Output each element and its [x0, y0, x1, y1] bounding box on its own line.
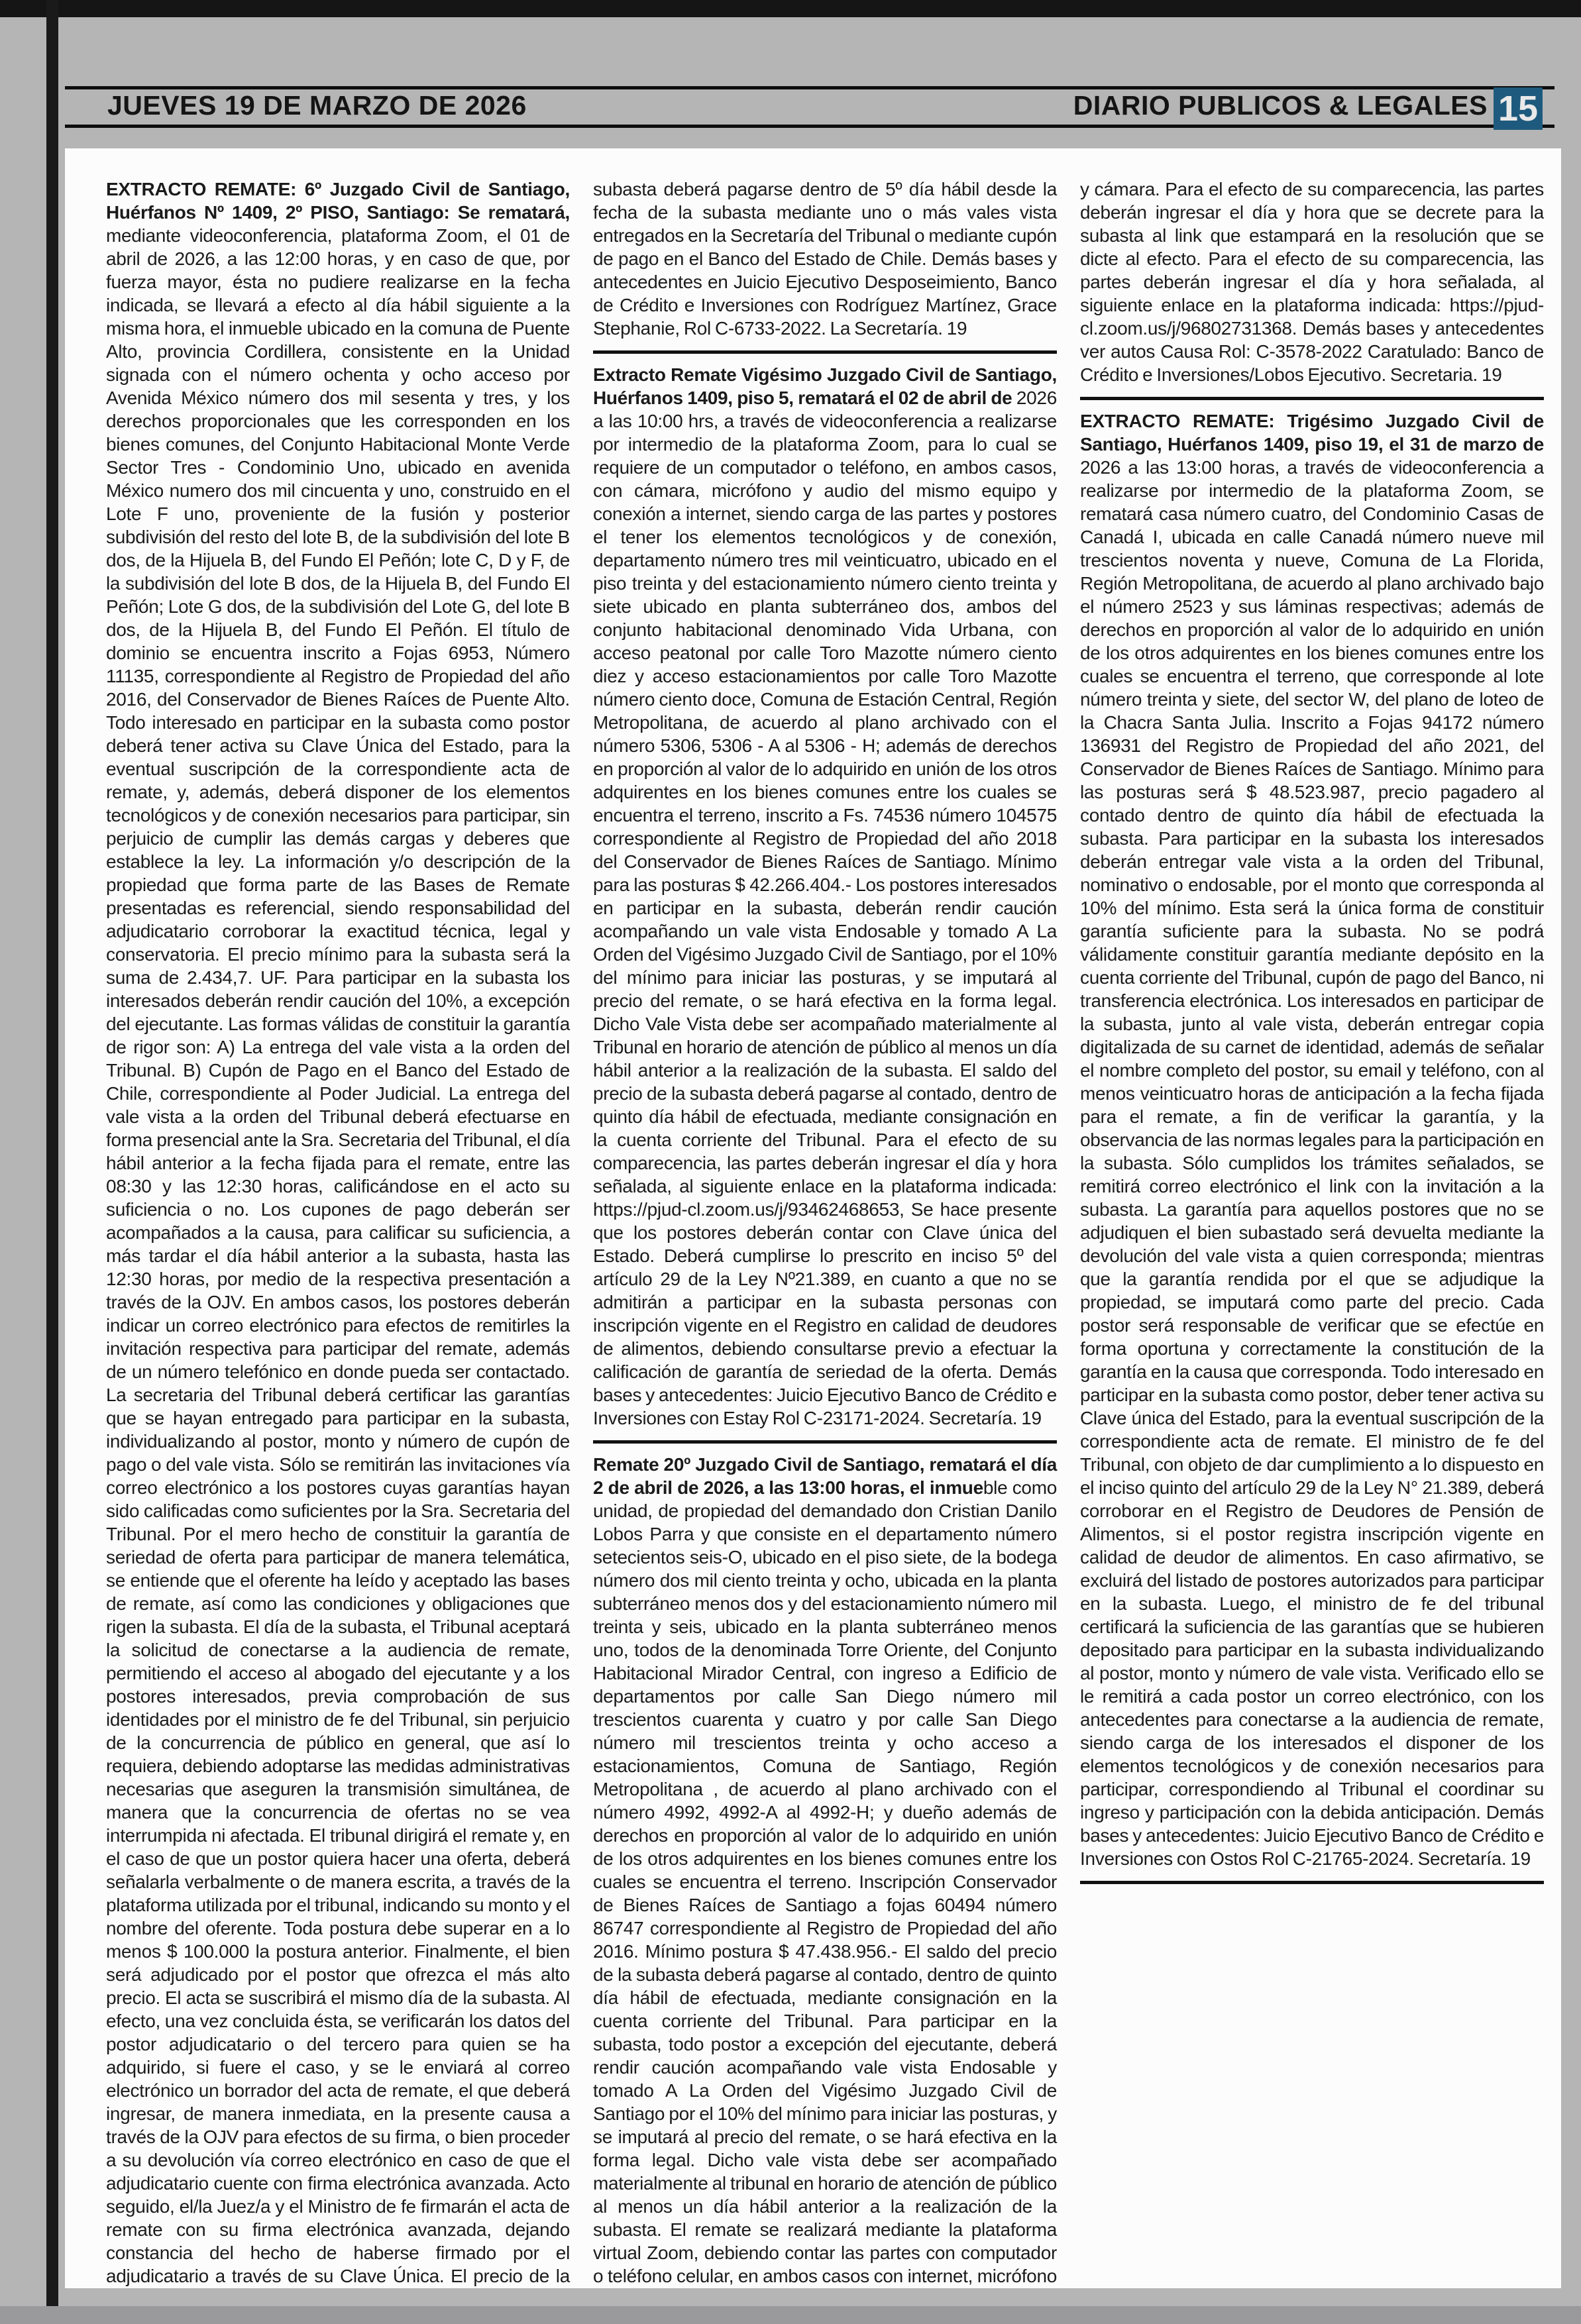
- notice-separator-1: [593, 350, 1057, 354]
- masthead-title: DIARIO PUBLICOS & LEGALES: [1073, 90, 1488, 121]
- notice-2-body: 2026 a las 10:00 hrs, a través de videoc…: [593, 388, 1057, 1428]
- legal-notice-2: Extracto Remate Vigésimo Juzgado Civil d…: [593, 363, 1057, 1430]
- header-top-rule: [65, 86, 1554, 89]
- notice-2-lead: Extracto Remate Vigésimo Juzgado Civil d…: [593, 364, 1057, 408]
- newspaper-page: { "header": { "date": "JUEVES 19 DE MARZ…: [0, 0, 1581, 2324]
- notice-1-lead: EXTRACTO REMATE: 6º Juzgado Civil de San…: [106, 179, 570, 223]
- notice-separator-3: [1080, 397, 1544, 400]
- notice-4-body: 2026 a las 13:00 horas, a través de vide…: [1080, 457, 1544, 1869]
- legal-notices-flow: EXTRACTO REMATE: 6º Juzgado Civil de San…: [106, 178, 1544, 2288]
- notice-4-lead: EXTRACTO REMATE: Trigésimo Juzgado Civil…: [1080, 411, 1544, 454]
- notice-separator-4: [1080, 1881, 1544, 1884]
- scan-top-edge: [0, 0, 1581, 17]
- header-bottom-rule: [65, 125, 1554, 128]
- legal-notice-4: EXTRACTO REMATE: Trigésimo Juzgado Civil…: [1080, 409, 1544, 1870]
- notice-separator-2: [593, 1440, 1057, 1444]
- scan-bottom-edge: [0, 2306, 1581, 2324]
- page-number-badge: 15: [1494, 87, 1543, 130]
- paper-content-area: EXTRACTO REMATE: 6º Juzgado Civil de San…: [65, 148, 1561, 2288]
- scan-left-edge: [46, 0, 58, 2324]
- page-date: JUEVES 19 DE MARZO DE 2026: [107, 90, 527, 121]
